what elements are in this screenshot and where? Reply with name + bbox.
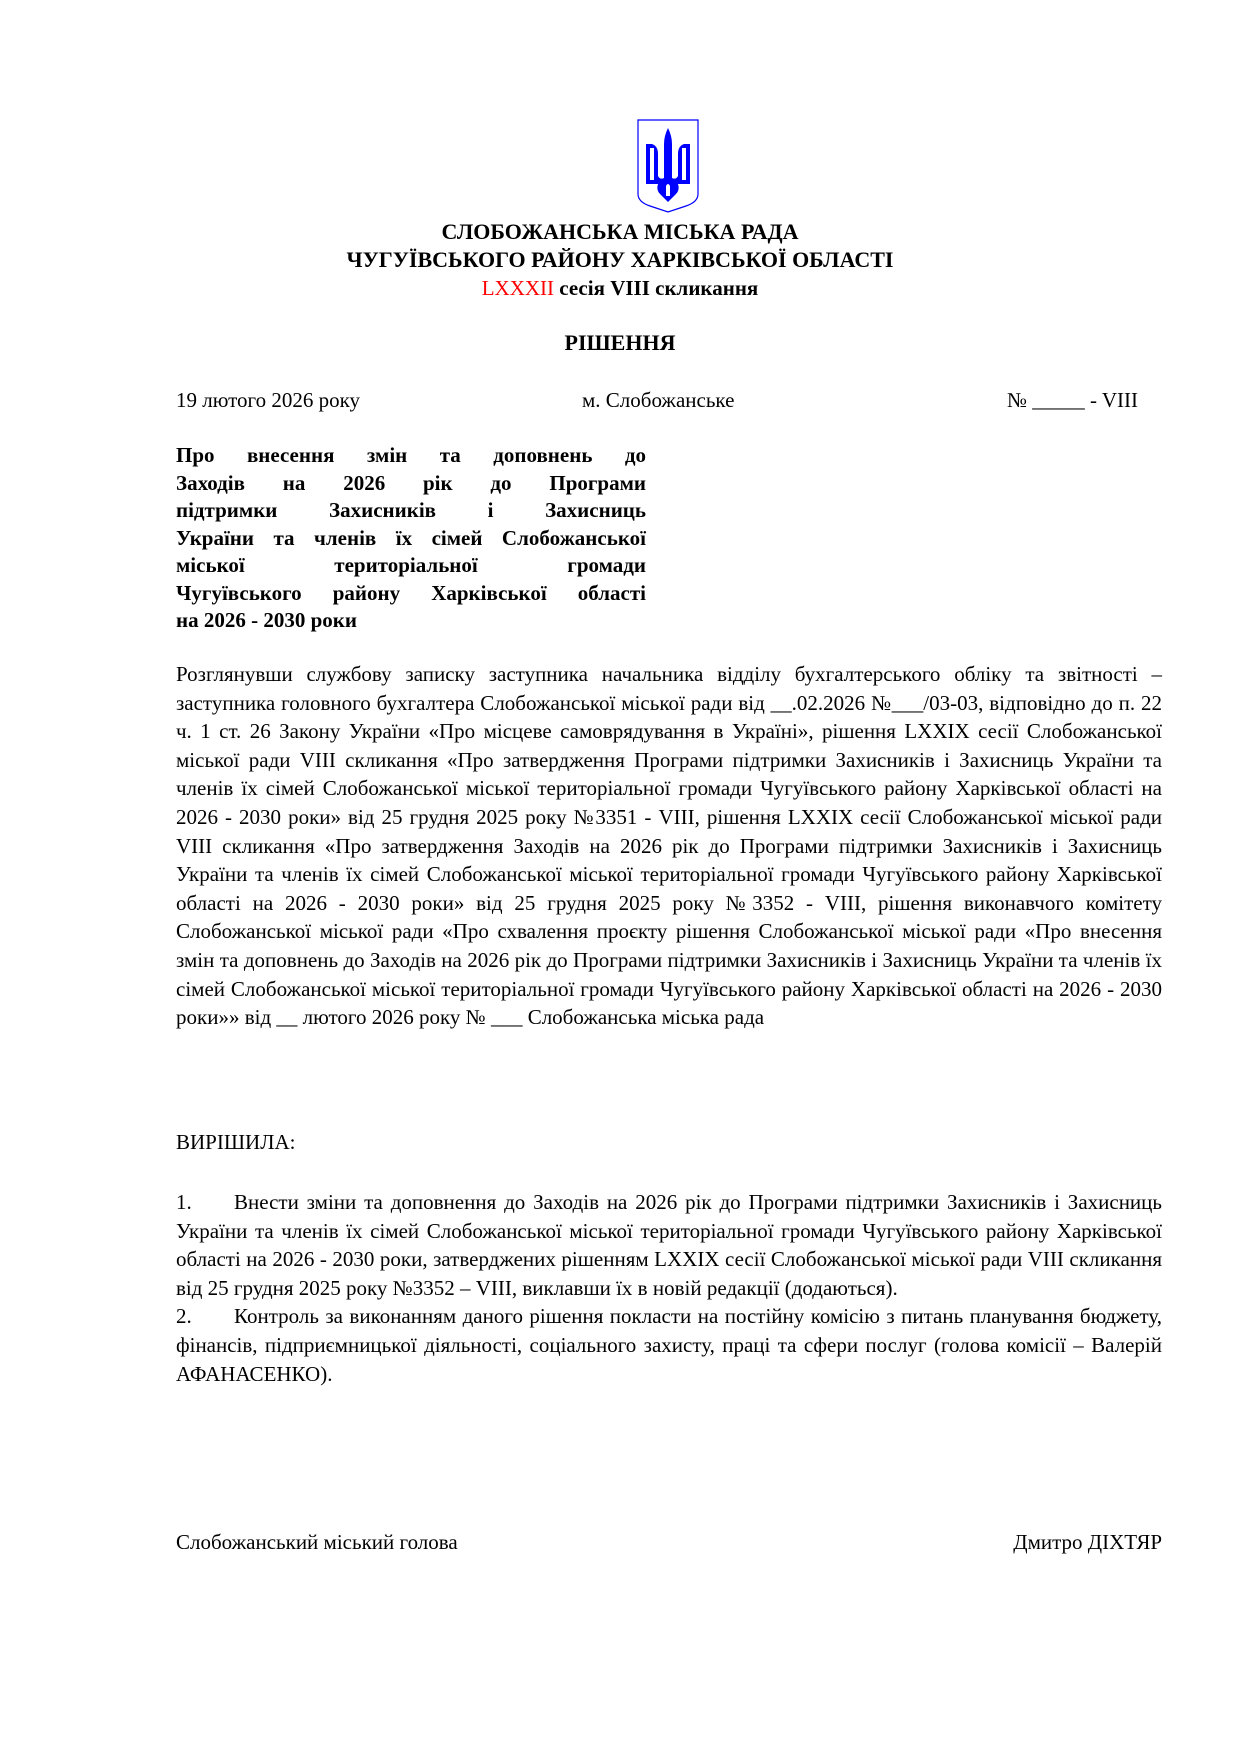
item-text: Контроль за виконанням даного рішення по… — [176, 1304, 1162, 1385]
subject-line: Заходів на 2026 рік до Програми — [176, 470, 646, 498]
decision-item: 2.Контроль за виконанням даного рішення … — [176, 1302, 1162, 1388]
district-name: ЧУГУЇВСЬКОГО РАЙОНУ ХАРКІВСЬКОЇ ОБЛАСТІ — [0, 246, 1240, 274]
subject-line: підтримки Захисників і Захисниць — [176, 497, 646, 525]
document-date: 19 лютого 2026 року — [176, 388, 360, 413]
preamble-paragraph: Розглянувши службову записку заступника … — [176, 660, 1162, 1032]
ukraine-coat-of-arms-icon — [636, 118, 700, 214]
subject-line: міської територіальної громади — [176, 552, 646, 580]
resolved-label: ВИРІШИЛА: — [176, 1130, 295, 1155]
subject-line: України та членів їх сімей Слобожанської — [176, 525, 646, 553]
subject-line: на 2026 - 2030 роки — [176, 607, 646, 635]
item-text: Внести зміни та доповнення до Заходів на… — [176, 1190, 1162, 1300]
document-type-title: РІШЕННЯ — [0, 330, 1240, 356]
item-number: 1. — [176, 1188, 234, 1217]
document-page: СЛОБОЖАНСЬКА МІСЬКА РАДА ЧУГУЇВСЬКОГО РА… — [0, 0, 1240, 1754]
decision-subject: Про внесення змін та доповнень до Заході… — [176, 442, 646, 635]
signatory-name: Дмитро ДІХТЯР — [1013, 1530, 1162, 1555]
document-city: м. Слобожанське — [582, 388, 734, 413]
decision-item: 1.Внести зміни та доповнення до Заходів … — [176, 1188, 1162, 1302]
council-name: СЛОБОЖАНСЬКА МІСЬКА РАДА — [0, 218, 1240, 246]
subject-line: Чугуївського району Харківської області — [176, 580, 646, 608]
session-line: LXXXII сесія VIII скликання — [0, 274, 1240, 302]
document-number: № _____ - VIII — [1007, 388, 1138, 413]
session-number: LXXXII — [482, 276, 554, 300]
item-number: 2. — [176, 1302, 234, 1331]
document-meta-row: 19 лютого 2026 року м. Слобожанське № __… — [176, 388, 1138, 418]
session-convocation: сесія VIII скликання — [554, 276, 758, 300]
signatory-position: Слобожанський міський голова — [176, 1530, 458, 1555]
subject-line: Про внесення змін та доповнень до — [176, 442, 646, 470]
decision-items: 1.Внести зміни та доповнення до Заходів … — [176, 1188, 1162, 1388]
